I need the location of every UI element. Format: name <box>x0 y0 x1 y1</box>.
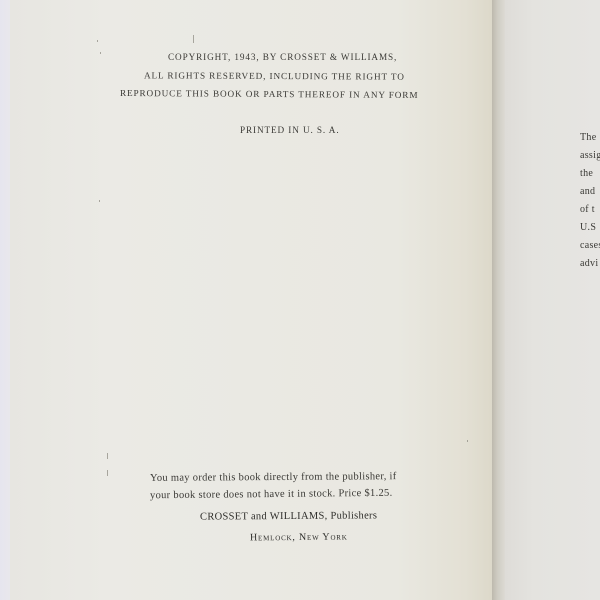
right-page-fragment: and <box>580 186 595 197</box>
right-page-fragment: the <box>580 168 593 179</box>
printed-in-label: PRINTED IN U. S. A. <box>240 125 340 135</box>
copyright-line-1: COPYRIGHT, 1943, BY CROSSET & WILLIAMS, <box>168 52 397 62</box>
right-page-fragment: The <box>580 132 596 143</box>
ink-speck <box>100 52 101 54</box>
ink-speck <box>97 40 98 42</box>
book-gutter <box>492 0 506 600</box>
ink-speck <box>467 440 468 442</box>
ink-speck <box>99 200 100 202</box>
ink-speck <box>193 35 194 43</box>
copyright-line-3: REPRODUCE THIS BOOK OR PARTS THEREOF IN … <box>120 88 418 100</box>
order-line-1: You may order this book directly from th… <box>150 471 397 484</box>
right-page-fragment: cases <box>580 240 600 251</box>
copyright-line-2: ALL RIGHTS RESERVED, INCLUDING THE RIGHT… <box>144 70 405 81</box>
right-page-fragment: of t <box>580 204 595 215</box>
right-page <box>505 0 600 600</box>
ink-speck <box>107 470 108 476</box>
right-page-fragment: advi <box>580 258 598 269</box>
ink-speck <box>107 453 108 459</box>
publisher-name: CROSSET and WILLIAMS, Publishers <box>200 510 377 522</box>
right-page-fragment: assig <box>580 150 600 161</box>
right-page-fragment: U.S <box>580 222 596 233</box>
publisher-city: Hemlock, New York <box>250 532 348 544</box>
